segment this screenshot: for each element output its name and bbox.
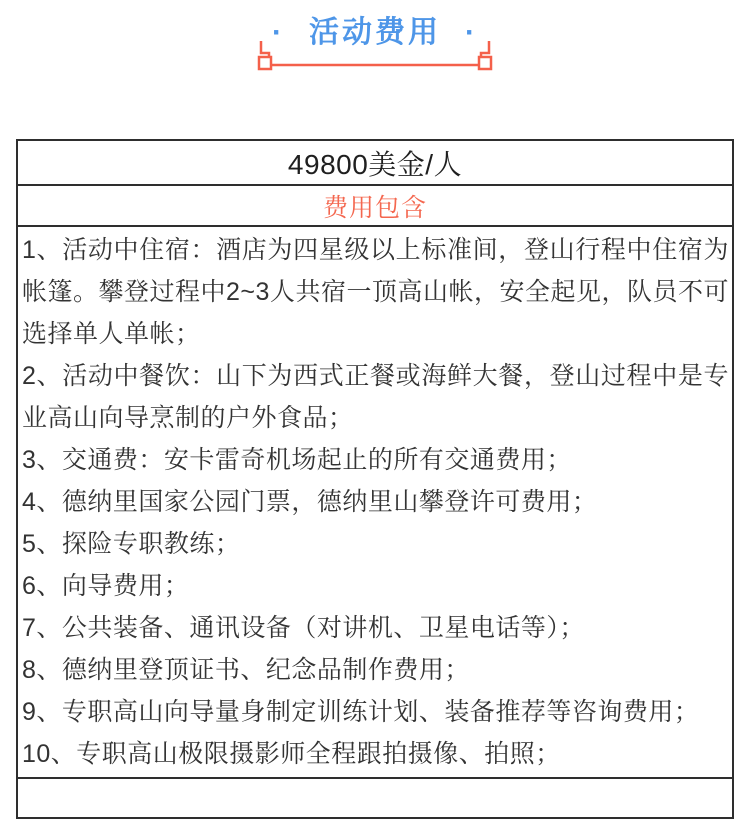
fee-item-10: 10、专职高山极限摄影师全程跟拍摄像、拍照； xyxy=(22,733,729,775)
table-row-next xyxy=(17,778,733,818)
section-header: · 活动费用 · xyxy=(0,0,750,73)
fee-item-8: 8、德纳里登顶证书、纪念品制作费用； xyxy=(22,649,729,691)
fee-item-2: 2、活动中餐饮：山下为西式正餐或海鲜大餐，登山过程中是专业高山向导烹制的户外食品… xyxy=(22,355,729,439)
page: · 活动费用 · 49800美金/人 费用包含 1、活动中住宿：酒店为 xyxy=(0,0,750,839)
table-row-section: 费用包含 xyxy=(17,185,733,226)
table-row-items: 1、活动中住宿：酒店为四星级以上标准间，登山行程中住宿为帐篷。攀登过程中2~3人… xyxy=(17,226,733,778)
fee-item-9: 9、专职高山向导量身制定训练计划、装备推荐等咨询费用； xyxy=(22,691,729,733)
fee-table: 49800美金/人 费用包含 1、活动中住宿：酒店为四星级以上标准间，登山行程中… xyxy=(16,139,734,819)
fee-item-5: 5、探险专职教练； xyxy=(22,523,729,565)
table-row-price: 49800美金/人 xyxy=(17,140,733,185)
fee-item-4: 4、德纳里国家公园门票，德纳里山攀登许可费用； xyxy=(22,481,729,523)
fee-item-1: 1、活动中住宿：酒店为四星级以上标准间，登山行程中住宿为帐篷。攀登过程中2~3人… xyxy=(22,229,729,355)
price-value: 49800美金/人 xyxy=(17,140,733,185)
fee-item-3: 3、交通费：安卡雷奇机场起止的所有交通费用； xyxy=(22,439,729,481)
fee-items-cell: 1、活动中住宿：酒店为四星级以上标准间，登山行程中住宿为帐篷。攀登过程中2~3人… xyxy=(17,226,733,778)
fee-item-6: 6、向导费用； xyxy=(22,565,729,607)
section-label: 费用包含 xyxy=(17,185,733,226)
fee-item-7: 7、公共装备、通讯设备（对讲机、卫星电话等）； xyxy=(22,607,729,649)
ornament-divider-icon xyxy=(253,39,497,73)
next-row-cell xyxy=(17,778,733,818)
